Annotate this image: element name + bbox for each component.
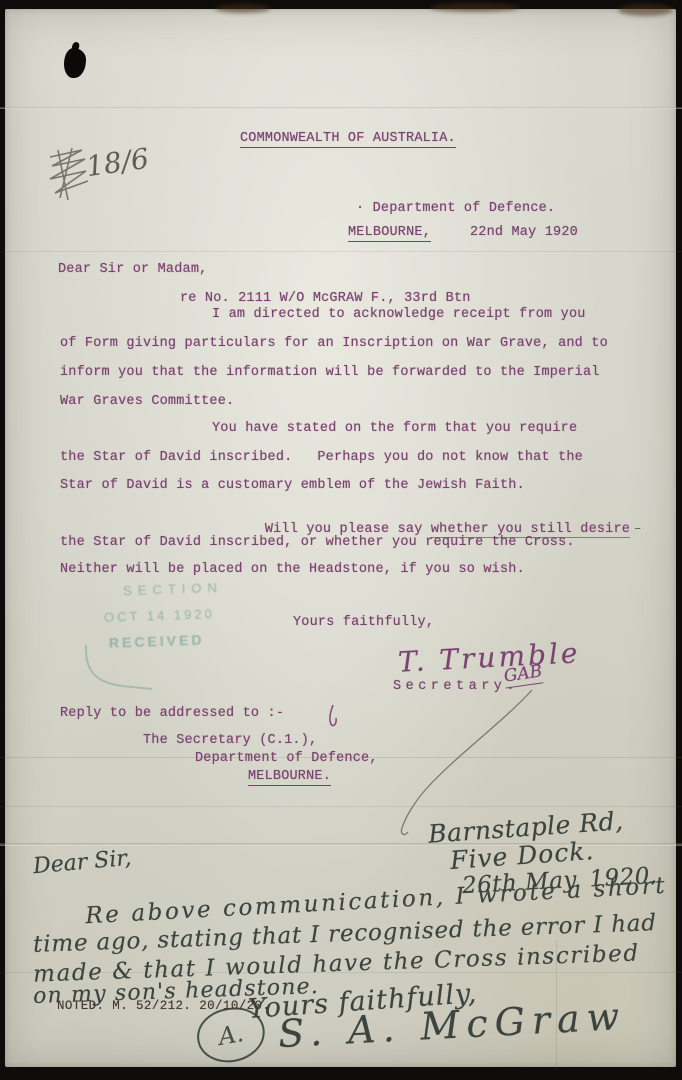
received-stamp: SECTION OCT 14 1920 RECEIVED: [95, 580, 225, 651]
valediction-typed: Yours faithfully,: [293, 615, 434, 630]
body-line: of Form giving particulars for an Inscri…: [60, 336, 608, 351]
reply-line: MELBOURNE.: [248, 769, 331, 784]
reply-line: Department of Defence,: [195, 751, 378, 766]
letter-content: COMMONWEALTH OF AUSTRALIA. · Department …: [0, 0, 682, 1080]
body-line: Neither will be placed on the Headstone,…: [60, 562, 525, 577]
hw-salutation: Dear Sir,: [32, 846, 132, 879]
pencil-dash: –: [630, 521, 641, 536]
pencil-fraction: 18/6: [84, 142, 151, 183]
body-line: Star of David is a customary emblem of t…: [60, 478, 525, 493]
body-line: the Star of David inscribed. Perhaps you…: [60, 450, 583, 465]
body-line: You have stated on the form that you req…: [212, 421, 577, 436]
body-line: the Star of David inscribed, or whether …: [60, 535, 575, 550]
letterhead-org-text: COMMONWEALTH OF AUSTRALIA.: [240, 131, 456, 148]
reply-label: Reply to be addressed to :-: [60, 706, 284, 721]
body-line: I am directed to acknowledge receipt fro…: [212, 307, 586, 322]
secretary-role: Secretary.: [393, 679, 519, 694]
letterhead-dept: · Department of Defence.: [356, 201, 555, 216]
letter-date: 22nd May 1920: [470, 225, 578, 240]
stamp-line-date: OCT 14 1920: [104, 606, 224, 625]
letterhead-city-text: MELBOURNE,: [348, 225, 431, 242]
secretary-signature: T. Trumble: [397, 636, 581, 679]
clerk-initials: GAB: [503, 661, 544, 688]
letterhead-city: MELBOURNE,: [348, 225, 431, 240]
stamp-line-section: SECTION: [123, 580, 223, 598]
stamp-line-received: RECEIVED: [109, 631, 225, 651]
noted-line: NOTED. M. 52/212. 20/10/20.: [57, 999, 270, 1013]
salutation: Dear Sir or Madam,: [58, 262, 207, 277]
reply-line: The Secretary (C.1.),: [143, 733, 317, 748]
scan-background: COMMONWEALTH OF AUSTRALIA. · Department …: [0, 0, 682, 1080]
body-line: War Graves Committee.: [60, 394, 234, 409]
subject-line: re No. 2111 W/O McGRAW F., 33rd Btn: [180, 291, 471, 306]
body-line: inform you that the information will be …: [60, 365, 600, 380]
reply-city-text: MELBOURNE.: [248, 769, 331, 786]
letterhead-org: COMMONWEALTH OF AUSTRALIA.: [240, 131, 456, 146]
